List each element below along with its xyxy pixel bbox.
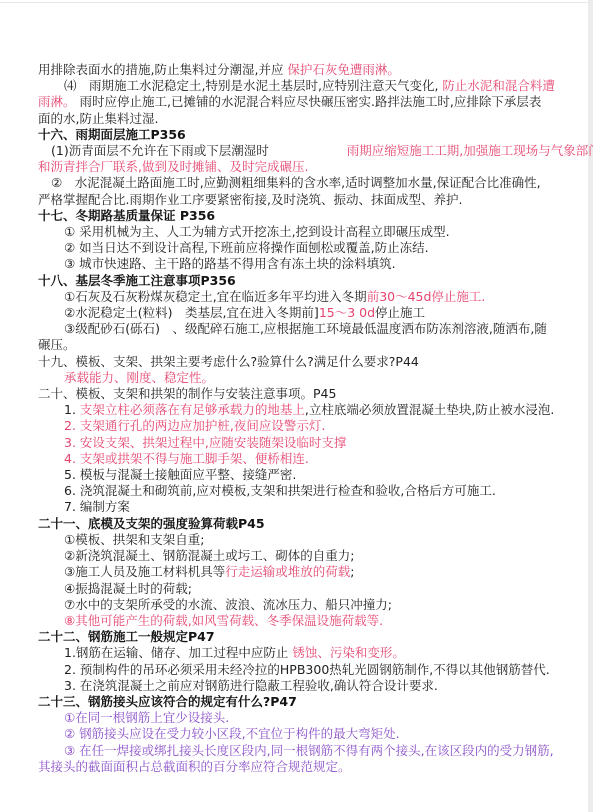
text-line: 碾压。: [38, 337, 575, 353]
text-segment: 雨淋。: [38, 94, 76, 109]
text-line: ② 水泥混凝土路面施工时,应勤测粗细集料的含水率,适时调整加水量,保证配合比准确…: [38, 175, 575, 191]
text-line: ①石灰及石灰粉煤灰稳定土,宜在临近多年平均进入冬期前30～45d停止施工.: [38, 289, 575, 305]
text-segment: 十六、雨期面层施工P356: [38, 127, 186, 142]
text-segment: 雨时应停止施工,已摊铺的水泥混合料应尽快碾压密实.路拌法施工时,应排除下承层表: [76, 94, 542, 109]
text-line: 用排除表面水的措施,防止集料过分潮湿,并应 保护石灰免遭雨淋。: [38, 62, 575, 78]
text-segment: ③施工人员及施工材料机具等: [64, 564, 225, 579]
text-segment: 5. 模板与混凝土接触面应平整、接缝严密.: [64, 467, 296, 482]
text-segment: 二十三、钢筋接头应该符合的规定有什么?P47: [38, 694, 297, 709]
text-line: ③ 在任一焊接或绑扎接头长度区段内,同一根钢筋不得有两个接头,在该区段内的受力钢…: [38, 743, 575, 759]
text-line: 承载能力、刚度、稳定性。: [38, 370, 575, 386]
text-line: ③施工人员及施工材料机具等行走运输或堆放的荷载;: [38, 564, 575, 580]
text-segment: ②水泥稳定土(粒料) 类基层,宜在进入冬期前]: [64, 305, 319, 320]
text-segment: ②新浇筑混凝土、钢筋混凝土或圬工、砌体的自重力;: [64, 548, 354, 563]
document-page: 用排除表面水的措施,防止集料过分潮湿,并应 保护石灰免遭雨淋。⑷ 雨期施工水泥稳…: [38, 62, 575, 775]
text-line: 十八、基层冬季施工注意事项P356: [38, 273, 575, 289]
text-line: 7. 编制方案: [38, 499, 575, 515]
text-line: 1.钢筋在运输、储存、加工过程中应防止 锈蚀、污染和变形。: [38, 645, 575, 661]
text-line: ①模板、拱架和支架自重;: [38, 532, 575, 548]
text-line: ② 如当日达不到设计高程,下班前应将操作面刨松或覆盖,防止冻结.: [38, 240, 575, 256]
text-line: ②新浇筑混凝土、钢筋混凝土或圬工、砌体的自重力;: [38, 548, 575, 564]
text-segment: 十八、基层冬季施工注意事项P356: [38, 273, 236, 288]
text-segment: 承载能力、刚度、稳定性。: [64, 370, 214, 385]
text-segment: 15～3 0d: [319, 305, 375, 320]
text-segment: 防止水泥和混合料遭: [442, 78, 555, 93]
text-segment: 3. 在浇筑混凝土之前应对钢筋进行隐蔽工程验收,确认符合设计要求.: [64, 678, 438, 693]
text-line: (1)沥青面层不允许在下雨或下层潮湿时雨期应缩短施工工期,加强施工现场与气象部门: [38, 143, 575, 159]
text-line: 雨淋。 雨时应停止施工,已摊铺的水泥混合料应尽快碾压密实.路拌法施工时,应排除下…: [38, 94, 575, 110]
text-segment: 2. 预制构件的吊环必须采用未经冷拉的HPB300热轧光圆钢筋制作,不得以其他钢…: [64, 662, 550, 677]
text-line: 二十三、钢筋接头应该符合的规定有什么?P47: [38, 694, 575, 710]
text-line: ② 钢筋接头应设在受力较小区段,不宜位于构件的最大弯矩处.: [38, 726, 575, 742]
text-segment: 碾压。: [38, 337, 76, 352]
text-line: 十七、冬期路基质量保证 P356: [38, 208, 575, 224]
text-line: ④振捣混凝土时的荷载;: [38, 581, 575, 597]
text-segment: 前30～45d停止施工.: [367, 289, 486, 304]
text-segment: 二十二、钢筋施工一般规定P47: [38, 629, 215, 644]
text-segment: 锈蚀、污染和变形。: [292, 645, 405, 660]
text-line: 二十一、底模及支架的强度验算荷载P45: [38, 516, 575, 532]
text-segment: ① 采用机械为主、人工为辅方式开挖冻土,挖到设计高程立即碾压成型.: [64, 224, 450, 239]
text-segment: ② 如当日达不到设计高程,下班前应将操作面刨松或覆盖,防止冻结.: [64, 240, 429, 255]
text-segment: 1.: [64, 402, 80, 417]
text-line: 4. 支架或拱架不得与施工脚手架、便桥相连.: [38, 451, 575, 467]
text-segment: 和沥青拌合厂联系,做到及时摊铺、及时完成碾压.: [38, 159, 308, 174]
document-viewport: { "page": { "background": "#ffffff", "co…: [0, 0, 593, 812]
text-segment: ③ 城市快速路、主干路的路基不得用含有冻土块的涂料填筑.: [64, 256, 396, 271]
text-segment: ③级配砂石(砾石) 、级配碎石施工,应根据施工环境最低温度洒布防冻剂溶液,随洒布…: [64, 321, 547, 336]
text-segment: ⑧其他可能产生的荷载,如风雪荷载、冬季保温设施荷载等.: [64, 613, 383, 628]
text-segment: 停止施工: [375, 305, 425, 320]
text-segment: ③ 在任一焊接或绑扎接头长度区段内,同一根钢筋不得有两个接头,在该区段内的受力钢…: [64, 743, 554, 758]
text-segment: ①模板、拱架和支架自重;: [64, 532, 204, 547]
text-line: ⑧其他可能产生的荷载,如风雪荷载、冬季保温设施荷载等.: [38, 613, 575, 629]
document-text-block: 用排除表面水的措施,防止集料过分潮湿,并应 保护石灰免遭雨淋。⑷ 雨期施工水泥稳…: [38, 62, 575, 775]
text-segment: 用排除表面水的措施,防止集料过分潮湿,并应: [38, 62, 287, 77]
text-line: 十六、雨期面层施工P356: [38, 127, 575, 143]
text-segment: ② 水泥混凝土路面施工时,应勤测粗细集料的含水率,适时调整加水量,保证配合比准确…: [51, 175, 541, 190]
text-line: 二十二、钢筋施工一般规定P47: [38, 629, 575, 645]
text-segment: 十七、冬期路基质量保证 P356: [38, 208, 215, 223]
text-segment: ;: [350, 564, 354, 579]
text-line: ⑦水中的支架所承受的水流、波浪、流冰压力、船只冲撞力;: [38, 597, 575, 613]
text-segment: 1.钢筋在运输、储存、加工过程中应防止: [64, 645, 292, 660]
text-segment: ,立柱底端必须放置混凝土垫块,防止被水浸泡.: [305, 402, 554, 417]
text-segment: 6. 浇筑混凝土和砌筑前,应对模板,支架和拱架进行检查和验收,合格后方可施工.: [64, 483, 496, 498]
text-line: 面的水,防止集料过湿.: [38, 111, 575, 127]
text-line: 严格掌握配合比.雨期作业工序要紧密衔接,及时浇筑、振动、抹面成型、养护.: [38, 192, 575, 208]
text-segment: ①石灰及石灰粉煤灰稳定土,宜在临近多年平均进入冬期: [64, 289, 367, 304]
text-segment: ④振捣混凝土时的荷载;: [64, 581, 192, 596]
text-line: 5. 模板与混凝土接触面应平整、接缝严密.: [38, 467, 575, 483]
text-segment: 二十一、底模及支架的强度验算荷载P45: [38, 516, 265, 531]
page-top-rule: [0, 2, 593, 3]
text-segment: 支架立柱必须落在有足够承载力的地基上: [80, 402, 305, 417]
text-segment: 3. 安设支架、拱架过程中,应随安装随架设临时支撑: [64, 435, 346, 450]
text-segment: (1)沥青面层不允许在下雨或下层潮湿时: [51, 143, 269, 158]
text-line: 二十、模板、支架和拱架的制作与安装注意事项。P45: [38, 386, 575, 402]
text-line: ②水泥稳定土(粒料) 类基层,宜在进入冬期前]15～3 0d停止施工: [38, 305, 575, 321]
text-segment: 保护石灰免遭雨淋。: [287, 62, 400, 77]
text-line: 2. 预制构件的吊环必须采用未经冷拉的HPB300热轧光圆钢筋制作,不得以其他钢…: [38, 662, 575, 678]
text-line: 6. 浇筑混凝土和砌筑前,应对模板,支架和拱架进行检查和验收,合格后方可施工.: [38, 483, 575, 499]
text-line: ③级配砂石(砾石) 、级配碎石施工,应根据施工环境最低温度洒布防冻剂溶液,随洒布…: [38, 321, 575, 337]
text-line: 和沥青拌合厂联系,做到及时摊铺、及时完成碾压.: [38, 159, 575, 175]
text-segment: 面的水,防止集料过湿.: [38, 111, 158, 126]
text-segment: 雨期应缩短施工工期,加强施工现场与气象部门: [347, 143, 593, 158]
text-spacer: [269, 154, 347, 155]
text-line: ⑷ 雨期施工水泥稳定土,特别是水泥土基层时,应特别注意天气变化, 防止水泥和混合…: [38, 78, 575, 94]
text-line: 3. 安设支架、拱架过程中,应随安装随架设临时支撑: [38, 435, 575, 451]
text-segment: 7. 编制方案: [64, 499, 130, 514]
text-segment: 二十、模板、支架和拱架的制作与安装注意事项。P45: [38, 386, 336, 401]
text-line: ① 采用机械为主、人工为辅方式开挖冻土,挖到设计高程立即碾压成型.: [38, 224, 575, 240]
text-segment: 十九、模板、支架、拱架主要考虑什么?验算什么?满足什么要求?P44: [38, 354, 419, 369]
text-line: ③ 城市快速路、主干路的路基不得用含有冻土块的涂料填筑.: [38, 256, 575, 272]
text-segment: 其接头的截面面积占总截面积的百分率应符合规范规定。: [38, 759, 351, 774]
text-segment: 2. 支架通行孔的两边应加护桩,夜间应设警示灯.: [64, 418, 325, 433]
text-line: 十九、模板、支架、拱架主要考虑什么?验算什么?满足什么要求?P44: [38, 354, 575, 370]
text-line: 其接头的截面面积占总截面积的百分率应符合规范规定。: [38, 759, 575, 775]
text-segment: 严格掌握配合比.雨期作业工序要紧密衔接,及时浇筑、振动、抹面成型、养护.: [38, 192, 462, 207]
text-line: 2. 支架通行孔的两边应加护桩,夜间应设警示灯.: [38, 418, 575, 434]
text-segment: 行走运输或堆放的荷载: [225, 564, 350, 579]
text-segment: ② 钢筋接头应设在受力较小区段,不宜位于构件的最大弯矩处.: [64, 726, 400, 741]
text-segment: ⑦水中的支架所承受的水流、波浪、流冰压力、船只冲撞力;: [64, 597, 392, 612]
text-line: 1. 支架立柱必须落在有足够承载力的地基上,立柱底端必须放置混凝土垫块,防止被水…: [38, 402, 575, 418]
text-line: ①在同一根钢筋上宜少设接头.: [38, 710, 575, 726]
text-segment: 4. 支架或拱架不得与施工脚手架、便桥相连.: [64, 451, 309, 466]
text-line: 3. 在浇筑混凝土之前应对钢筋进行隐蔽工程验收,确认符合设计要求.: [38, 678, 575, 694]
page-right-edge: [588, 0, 593, 812]
text-segment: ⑷ 雨期施工水泥稳定土,特别是水泥土基层时,应特别注意天气变化,: [64, 78, 442, 93]
text-segment: ①在同一根钢筋上宜少设接头.: [64, 710, 229, 725]
